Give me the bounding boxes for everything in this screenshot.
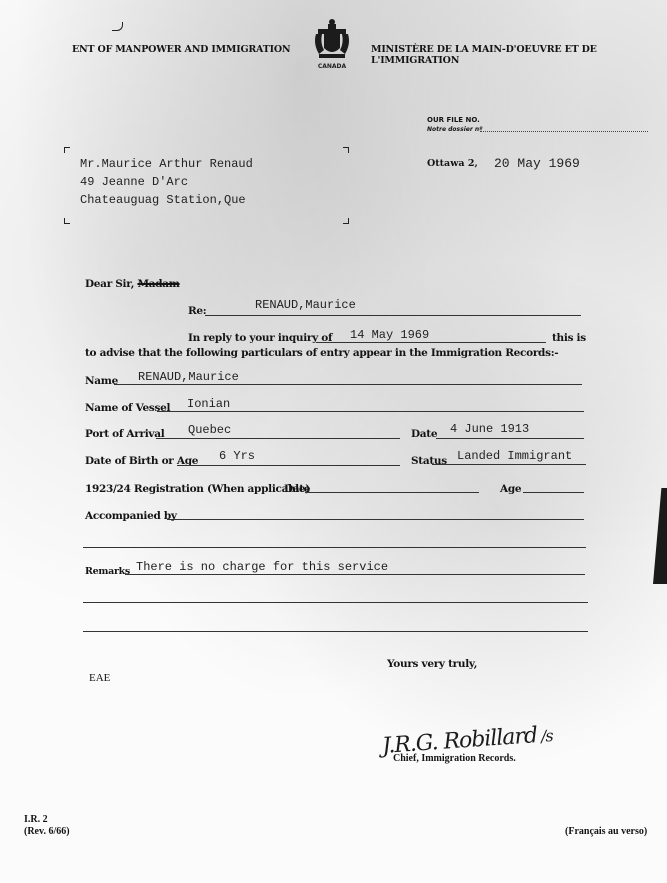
birth-age-value: 6 Yrs bbox=[219, 449, 255, 463]
registration-age-label: Age bbox=[500, 483, 521, 495]
intro-line2: to advise that the following particulars… bbox=[85, 347, 558, 359]
inquiry-date-line bbox=[316, 342, 546, 343]
letterhead-english: ENT OF MANPOWER AND IMMIGRATION bbox=[72, 44, 290, 55]
re-label: Re: bbox=[188, 305, 206, 317]
file-no-label: OUR FILE NO. bbox=[427, 116, 480, 124]
name-label: Name bbox=[85, 375, 118, 387]
recipient-name: Mr.Maurice Arthur Renaud bbox=[80, 157, 253, 171]
valediction: Yours very truly, bbox=[387, 658, 477, 670]
salutation-text: Dear Sir, bbox=[85, 278, 134, 290]
salutation-struck: Madam bbox=[137, 278, 179, 290]
remarks-label: Remarks bbox=[85, 566, 130, 577]
vessel-line bbox=[157, 411, 584, 412]
birth-age-line bbox=[177, 465, 400, 466]
re-value: RENAUD,Maurice bbox=[255, 298, 356, 312]
address-corner-br bbox=[343, 218, 349, 224]
accompanied-line bbox=[167, 519, 584, 520]
file-no-field bbox=[480, 131, 648, 132]
registration-date-line bbox=[305, 492, 479, 493]
arrival-date-value: 4 June 1913 bbox=[450, 422, 529, 436]
port-value: Quebec bbox=[188, 423, 231, 437]
re-line bbox=[205, 315, 581, 316]
address-corner-tl bbox=[64, 147, 70, 153]
remarks-line bbox=[125, 574, 585, 575]
paper-background bbox=[0, 0, 667, 883]
inquiry-date: 14 May 1969 bbox=[350, 328, 429, 342]
registration-age-line bbox=[523, 492, 584, 493]
form-revision: (Rev. 6/66) bbox=[24, 826, 70, 837]
vessel-value: Ionian bbox=[187, 397, 230, 411]
typist-initials: EAE bbox=[89, 672, 110, 684]
recipient-street: 49 Jeanne D'Arc bbox=[80, 175, 188, 189]
status-value: Landed Immigrant bbox=[457, 449, 572, 463]
status-line bbox=[432, 464, 586, 465]
accompanied-line-2 bbox=[83, 547, 586, 548]
intro-prefix: In reply to your inquiry of bbox=[188, 332, 332, 344]
salutation: Dear Sir, Madam bbox=[85, 278, 180, 290]
registration-date-label: Date bbox=[284, 483, 310, 495]
place-label: Ottawa 2, bbox=[427, 158, 478, 169]
accompanied-label: Accompanied by bbox=[85, 510, 177, 522]
arrival-date-label: Date bbox=[411, 428, 437, 440]
remarks-value: There is no charge for this service bbox=[136, 560, 388, 574]
french-note: (Français au verso) bbox=[565, 826, 647, 837]
name-value: RENAUD,Maurice bbox=[138, 370, 239, 384]
name-line bbox=[114, 384, 582, 385]
form-number: I.R. 2 bbox=[24, 814, 48, 825]
file-no-label-fr: Notre dossier nº bbox=[427, 126, 483, 133]
status-label: Status bbox=[411, 455, 447, 467]
vessel-label: Name of Vessel bbox=[85, 402, 170, 414]
letter-date: 20 May 1969 bbox=[494, 156, 580, 171]
recipient-city: Chateauguag Station,Que bbox=[80, 193, 246, 207]
address-corner-bl bbox=[64, 218, 70, 224]
address-corner-tr bbox=[343, 147, 349, 153]
arrival-date-line bbox=[436, 438, 584, 439]
remarks-line-2 bbox=[83, 602, 588, 603]
intro-suffix: this is bbox=[552, 332, 586, 344]
svg-text:CANADA: CANADA bbox=[318, 63, 347, 70]
remarks-line-3 bbox=[83, 631, 588, 632]
signatory-title: Chief, Immigration Records. bbox=[393, 753, 516, 764]
registration-label: 1923/24 Registration (When applicable) bbox=[85, 483, 310, 495]
coat-of-arms-icon: CANADA bbox=[313, 18, 351, 70]
letterhead-french: MINISTÈRE DE LA MAIN-D'OEUVRE ET DE L'IM… bbox=[371, 44, 667, 66]
port-line bbox=[156, 438, 400, 439]
port-label: Port of Arrival bbox=[85, 428, 164, 440]
